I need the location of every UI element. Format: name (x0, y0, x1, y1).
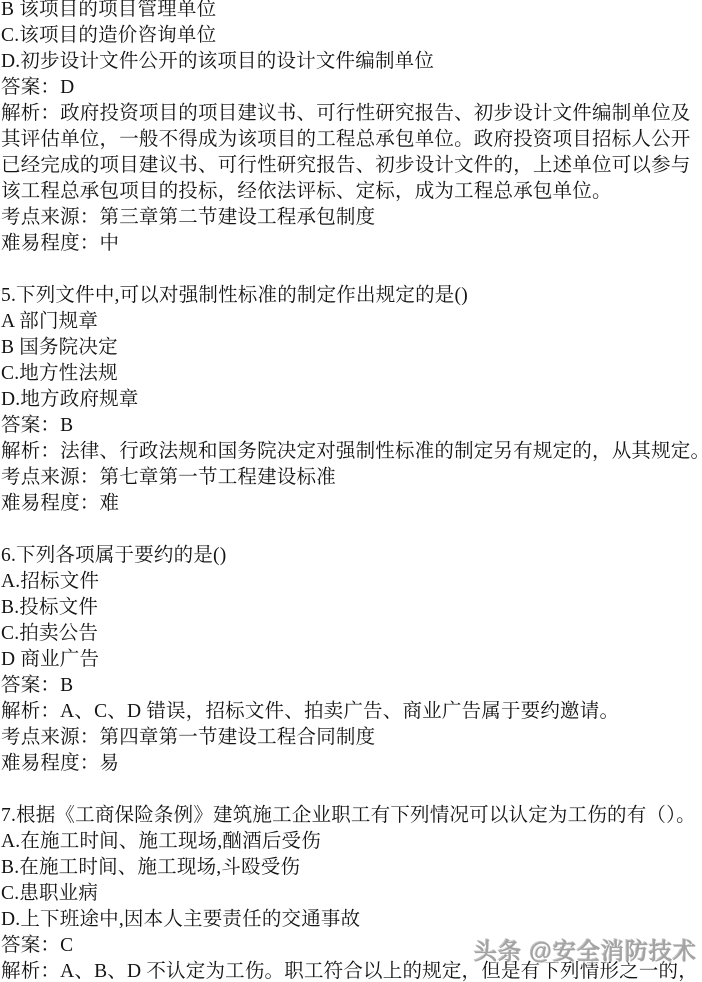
option-c: C.地方性法规 (1, 361, 702, 387)
question-4-tail: B 该项目的项目管理单位C.该项目的造价咨询单位D.初步设计文件公开的该项目的设… (1, 0, 702, 257)
option-d: D.初步设计文件公开的该项目的设计文件编制单位 (1, 49, 702, 75)
analysis-line: 解析：A、B、D 不认定为工伤。职工符合以上的规定，但是有下列情形之一的， (1, 959, 702, 982)
analysis-line: 该工程总承包项目的投标，经依法评标、定标，成为工程总承包单位。 (1, 179, 702, 205)
option-b: B 该项目的项目管理单位 (1, 0, 702, 23)
answer-line: 答案：B (1, 673, 702, 699)
option-c: C.拍卖公告 (1, 621, 702, 647)
option-b: B.投标文件 (1, 595, 702, 621)
analysis-line: 其评估单位，一般不得成为该项目的工程总承包单位。政府投资项目招标人公开 (1, 127, 702, 153)
difficulty-line: 难易程度：难 (1, 491, 702, 517)
option-d: D.地方政府规章 (1, 387, 702, 413)
answer-line: 答案：D (1, 75, 702, 101)
exam-document-page: B 该项目的项目管理单位C.该项目的造价咨询单位D.初步设计文件公开的该项目的设… (0, 0, 702, 982)
option-b: B.在施工时间、施工现场,斗殴受伤 (1, 855, 702, 881)
option-d: D 商业广告 (1, 647, 702, 673)
question-5: 5.下列文件中,可以对强制性标准的制定作出规定的是()A 部门规章B 国务院决定… (1, 283, 702, 517)
analysis-line: 解析：政府投资项目的项目建议书、可行性研究报告、初步设计文件编制单位及 (1, 101, 702, 127)
document-body: B 该项目的项目管理单位C.该项目的造价咨询单位D.初步设计文件公开的该项目的设… (1, 0, 702, 982)
question-6: 6.下列各项属于要约的是()A.招标文件B.投标文件C.拍卖公告D 商业广告答案… (1, 543, 702, 777)
answer-line: 答案：B (1, 413, 702, 439)
question-7-head: 7.根据《工商保险条例》建筑施工企业职工有下列情况可以认定为工伤的有（）。A.在… (1, 803, 702, 982)
question-line: 5.下列文件中,可以对强制性标准的制定作出规定的是() (1, 283, 702, 309)
analysis-line: 解析：A、C、D 错误，招标文件、拍卖广告、商业广告属于要约邀请。 (1, 699, 702, 725)
source-line: 考点来源：第七章第一节工程建设标准 (1, 465, 702, 491)
difficulty-line: 难易程度：易 (1, 751, 702, 777)
option-a: A 部门规章 (1, 309, 702, 335)
option-d: D.上下班途中,因本人主要责任的交通事故 (1, 907, 702, 933)
analysis-line: 已经完成的项目建议书、可行性研究报告、初步设计文件的，上述单位可以参与 (1, 153, 702, 179)
difficulty-line: 难易程度：中 (1, 231, 702, 257)
option-c: C.该项目的造价咨询单位 (1, 23, 702, 49)
source-line: 考点来源：第四章第一节建设工程合同制度 (1, 725, 702, 751)
source-line: 考点来源：第三章第二节建设工程承包制度 (1, 205, 702, 231)
answer-line: 答案：C (1, 933, 702, 959)
option-a: A.招标文件 (1, 569, 702, 595)
option-c: C.患职业病 (1, 881, 702, 907)
question-line: 6.下列各项属于要约的是() (1, 543, 702, 569)
question-line: 7.根据《工商保险条例》建筑施工企业职工有下列情况可以认定为工伤的有（）。 (1, 803, 702, 829)
option-b: B 国务院决定 (1, 335, 702, 361)
option-a: A.在施工时间、施工现场,酗酒后受伤 (1, 829, 702, 855)
analysis-line: 解析：法律、行政法规和国务院决定对强制性标准的制定另有规定的，从其规定。 (1, 439, 702, 465)
